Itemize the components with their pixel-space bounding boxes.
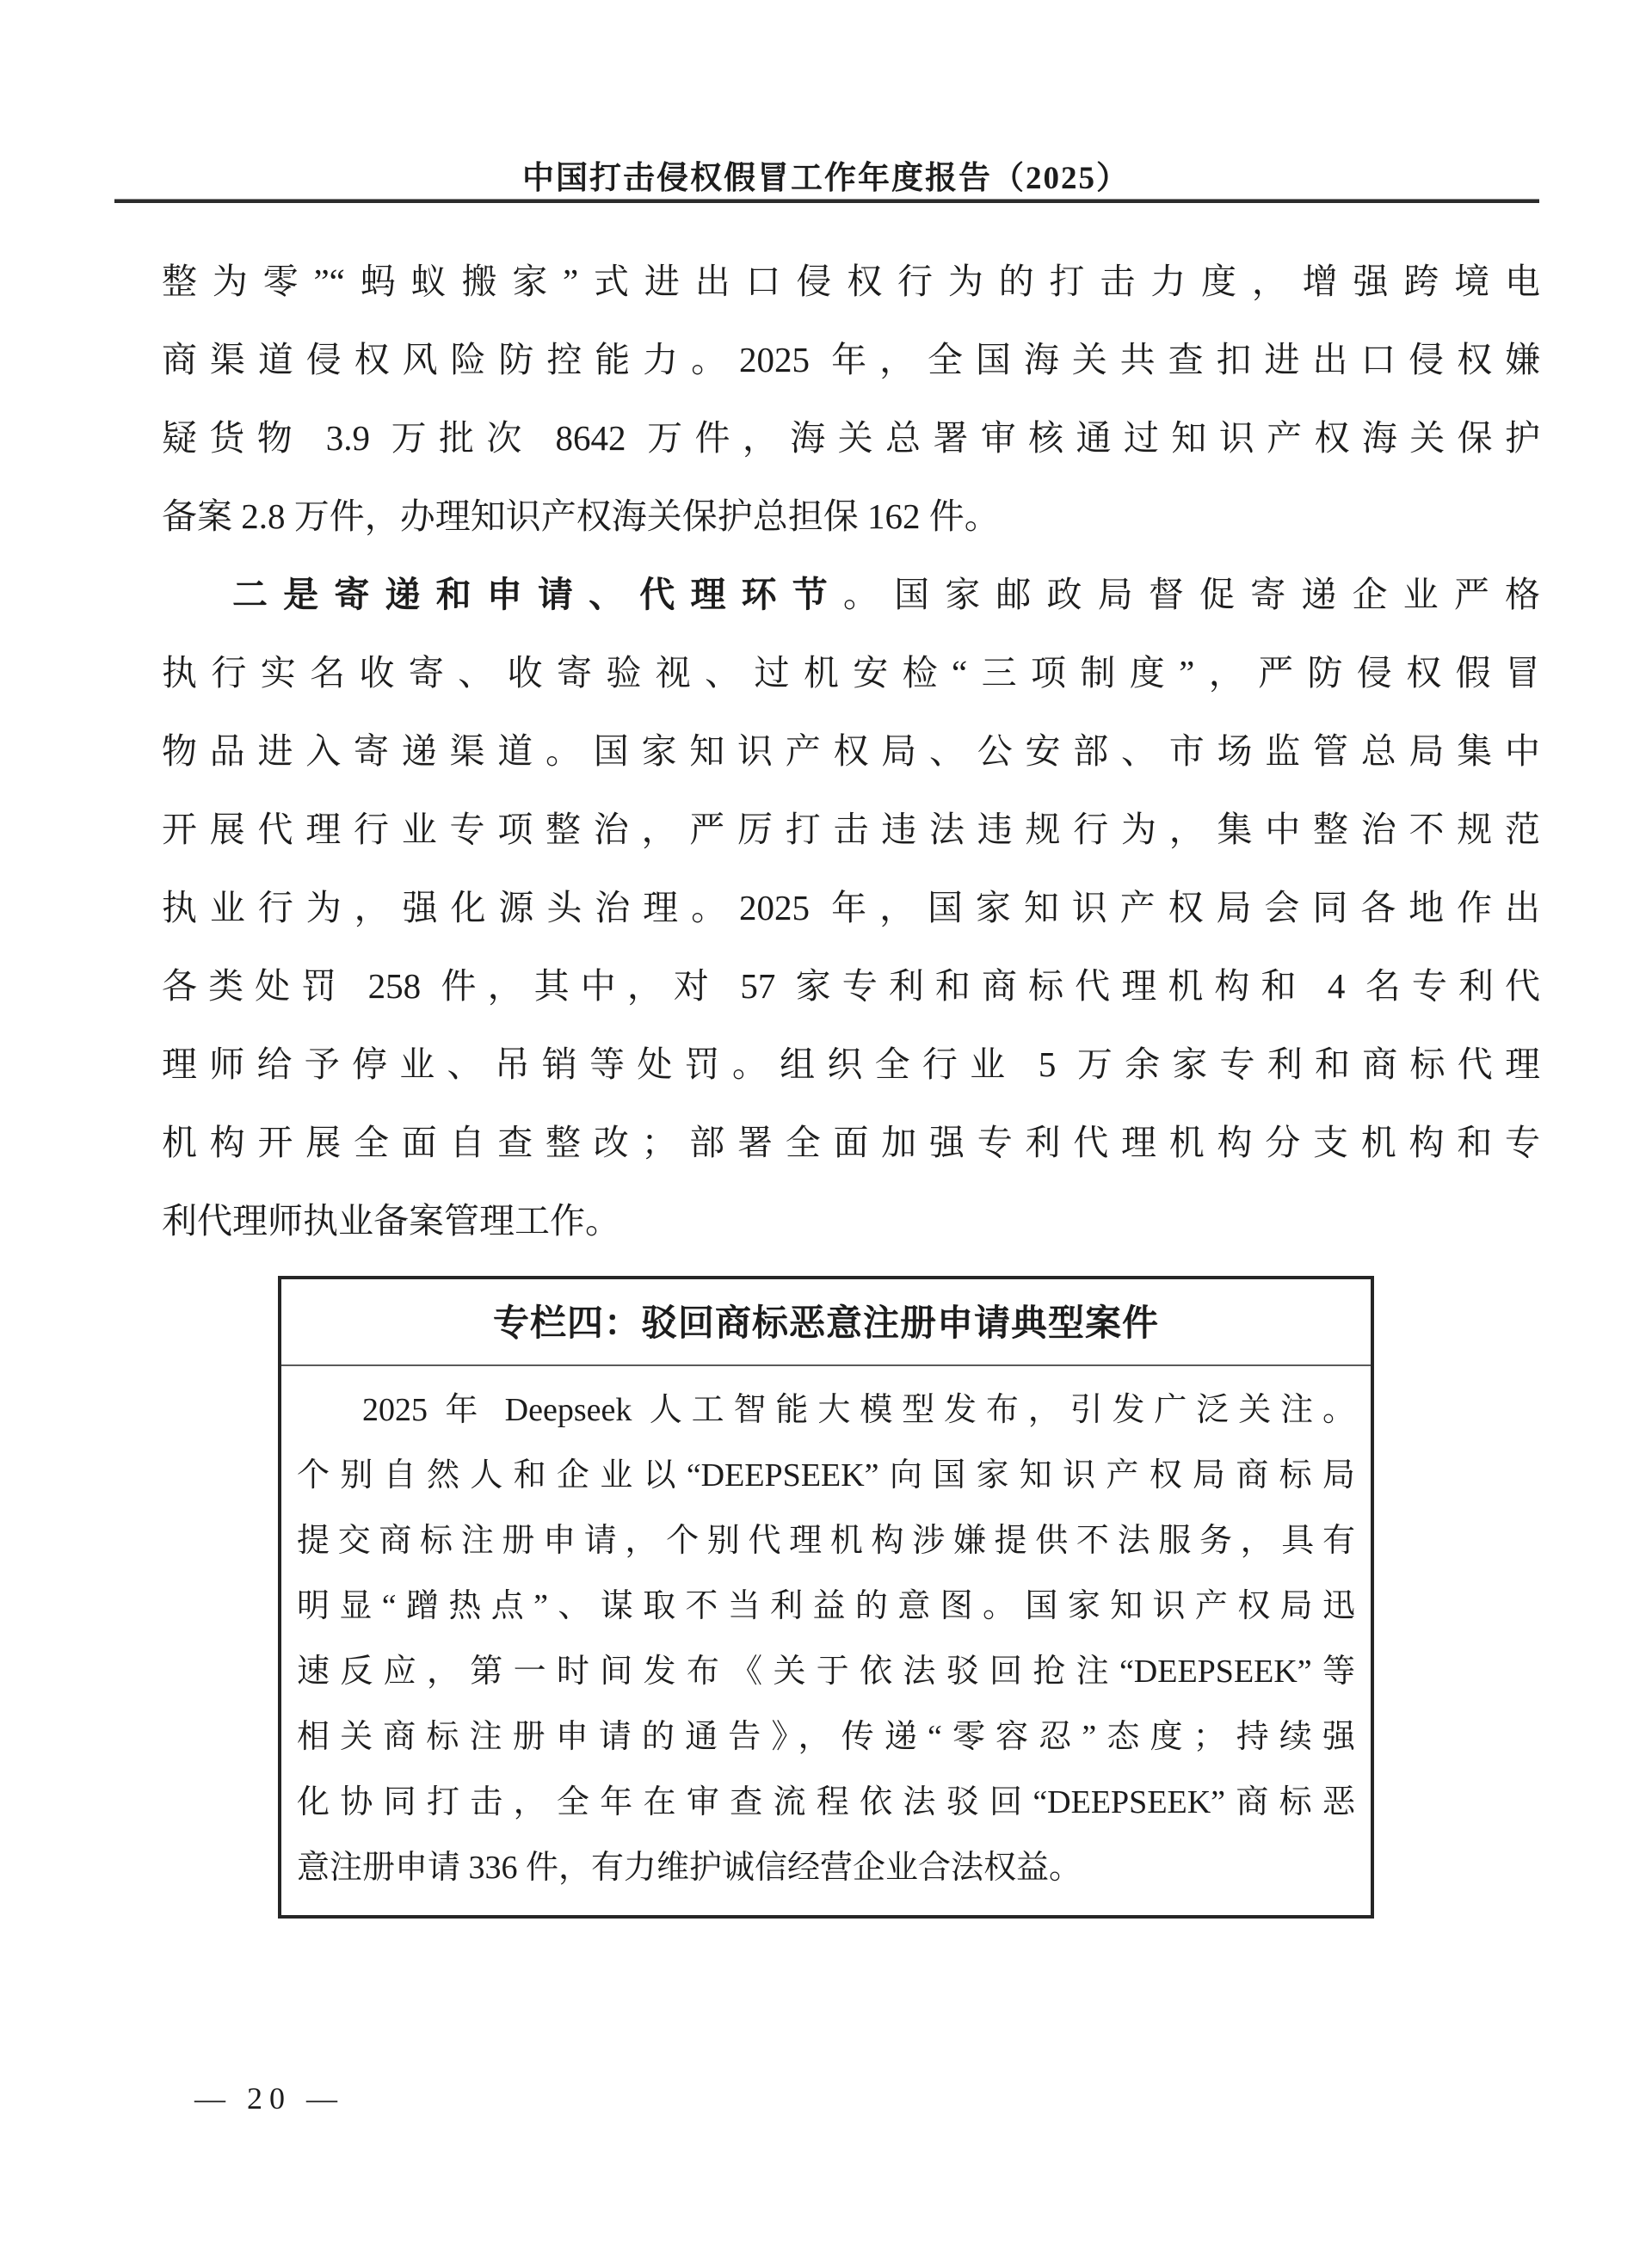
text-line: 备案 2.8 万件，办理知识产权海关保护总担保 162 件。 bbox=[162, 477, 1540, 556]
body-text: 整为零”“蚂蚁搬家”式进出口侵权行为的打击力度，增强跨境电商渠道侵权风险防控能力… bbox=[162, 243, 1540, 1260]
text-line: 物品进入寄递渠道。国家知识产权局、公安部、市场监管总局集中 bbox=[162, 712, 1540, 791]
paragraph-customs: 整为零”“蚂蚁搬家”式进出口侵权行为的打击力度，增强跨境电商渠道侵权风险防控能力… bbox=[162, 243, 1540, 556]
feature-box-title: 专栏四：驳回商标恶意注册申请典型案件 bbox=[281, 1279, 1371, 1366]
text-line: 相关商标注册申请的通告》，传递“零容忍”态度；持续强 bbox=[297, 1704, 1355, 1770]
text-line: 各类处罚 258 件，其中，对 57 家专利和商标代理机构和 4 名专利代 bbox=[162, 947, 1540, 1026]
text-line: 机构开展全面自查整改；部署全面加强专利代理机构分支机构和专 bbox=[162, 1104, 1540, 1182]
report-header-title: 中国打击侵权假冒工作年度报告（2025） bbox=[0, 151, 1652, 198]
feature-box-body: 2025 年 Deepseek 人工智能大模型发布，引发广泛关注。个别自然人和企… bbox=[281, 1366, 1371, 1900]
paragraph-delivery-agency: 二是寄递和申请、代理环节。国家邮政局督促寄递企业严格执行实名收寄、收寄验视、过机… bbox=[162, 556, 1540, 1260]
text-segment: 。国家邮政局督促寄递企业严格 bbox=[843, 575, 1540, 614]
text-line: 开展代理行业专项整治，严厉打击违法违规行为，集中整治不规范 bbox=[162, 791, 1540, 869]
text-line: 个别自然人和企业以“DEEPSEEK”向国家知识产权局商标局 bbox=[297, 1443, 1355, 1508]
text-line: 2025 年 Deepseek 人工智能大模型发布，引发广泛关注。 bbox=[297, 1377, 1355, 1443]
text-line: 意注册申请 336 件，有力维护诚信经营企业合法权益。 bbox=[297, 1835, 1355, 1900]
page-number: — 20 — bbox=[194, 2080, 344, 2116]
text-line: 二是寄递和申请、代理环节。国家邮政局督促寄递企业严格 bbox=[162, 556, 1540, 634]
feature-box-four: 专栏四：驳回商标恶意注册申请典型案件 2025 年 Deepseek 人工智能大… bbox=[278, 1276, 1374, 1919]
bold-lead-text: 二是寄递和申请、代理环节 bbox=[232, 575, 843, 614]
text-line: 化协同打击，全年在审查流程依法驳回“DEEPSEEK”商标恶 bbox=[297, 1770, 1355, 1835]
text-line: 商渠道侵权风险防控能力。2025 年，全国海关共查扣进出口侵权嫌 bbox=[162, 321, 1540, 399]
text-line: 整为零”“蚂蚁搬家”式进出口侵权行为的打击力度，增强跨境电 bbox=[162, 243, 1540, 321]
text-line: 速反应，第一时间发布《关于依法驳回抢注“DEEPSEEK”等 bbox=[297, 1639, 1355, 1704]
text-line: 明显“蹭热点”、谋取不当利益的意图。国家知识产权局迅 bbox=[297, 1574, 1355, 1639]
text-line: 执业行为，强化源头治理。2025 年，国家知识产权局会同各地作出 bbox=[162, 869, 1540, 947]
text-line: 理师给予停业、吊销等处罚。组织全行业 5 万余家专利和商标代理 bbox=[162, 1026, 1540, 1104]
text-line: 利代理师执业备案管理工作。 bbox=[162, 1182, 1540, 1260]
header-divider bbox=[114, 199, 1539, 203]
text-line: 提交商标注册申请，个别代理机构涉嫌提供不法服务，具有 bbox=[297, 1508, 1355, 1574]
text-line: 执行实名收寄、收寄验视、过机安检“三项制度”，严防侵权假冒 bbox=[162, 634, 1540, 712]
report-page: 中国打击侵权假冒工作年度报告（2025） 整为零”“蚂蚁搬家”式进出口侵权行为的… bbox=[0, 0, 1652, 2242]
text-line: 疑货物 3.9 万批次 8642 万件，海关总署审核通过知识产权海关保护 bbox=[162, 399, 1540, 477]
